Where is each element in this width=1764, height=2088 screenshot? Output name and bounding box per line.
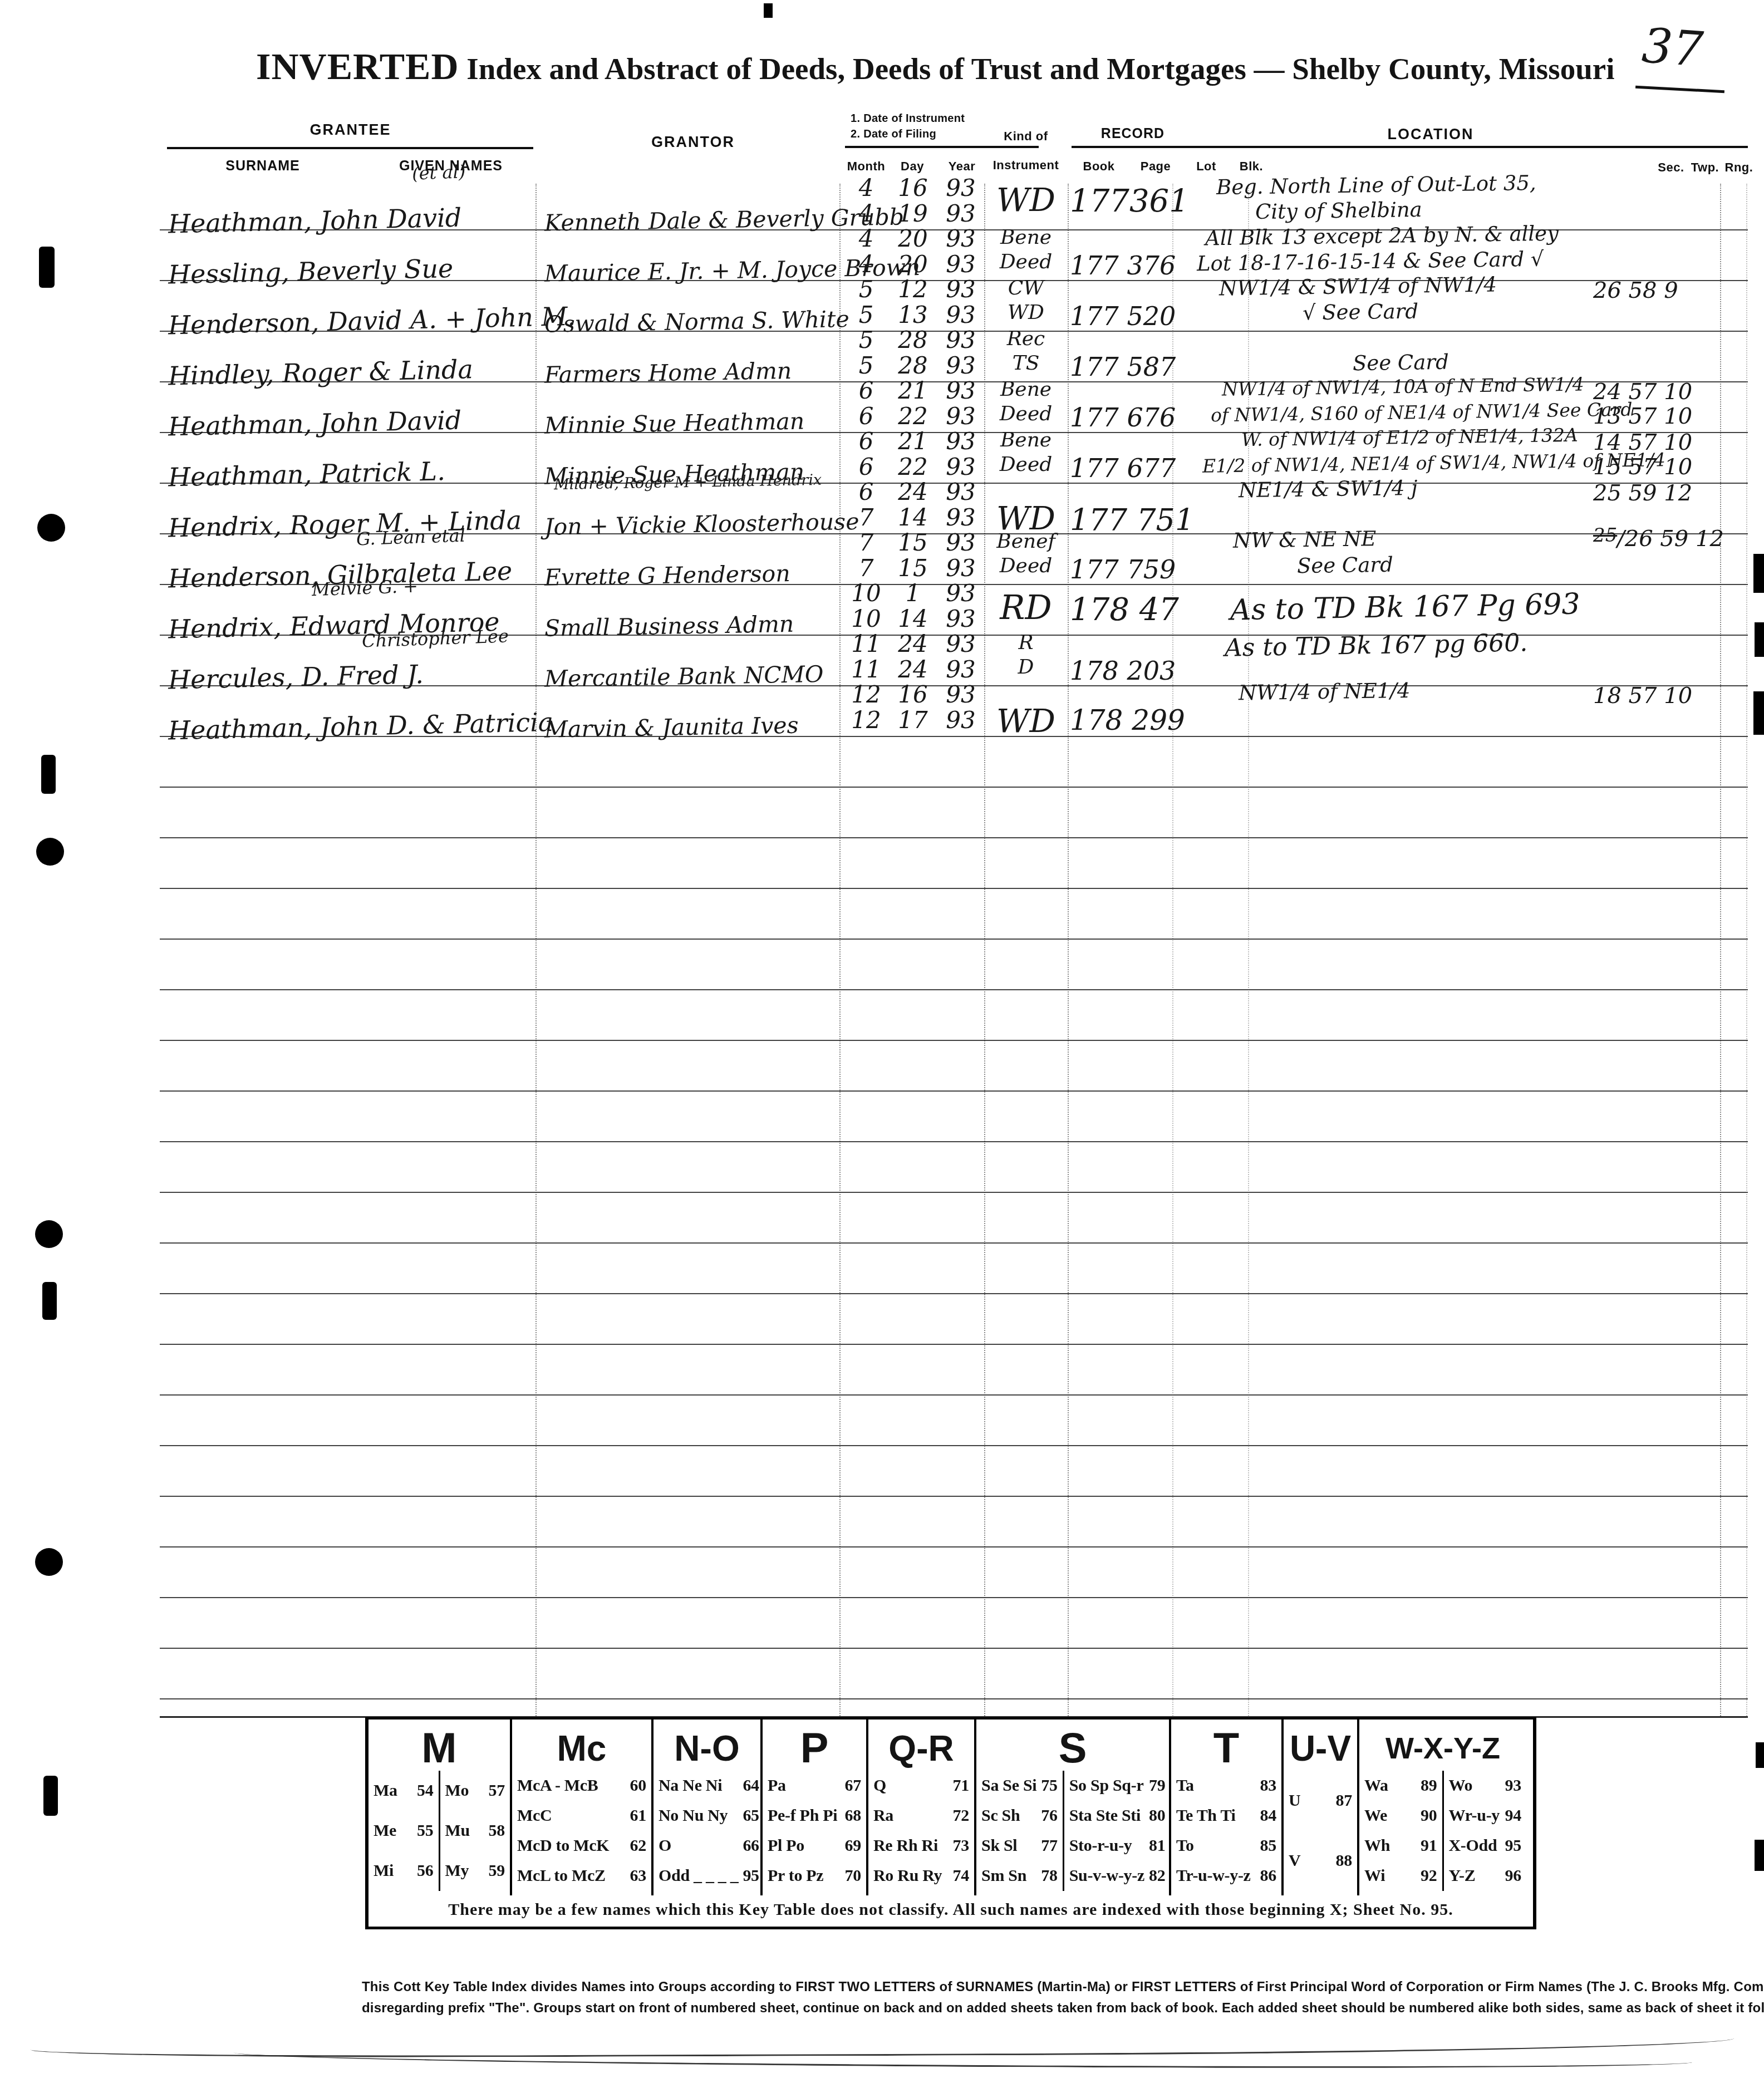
location-line-1: NW1/4 of NW1/4, 10A of N End SW1/4 xyxy=(1222,373,1584,400)
key-item: We90 xyxy=(1364,1806,1437,1825)
key-item: Sto-r-u-y81 xyxy=(1069,1836,1166,1855)
title-rest: Index and Abstract of Deeds, Deeds of Tr… xyxy=(459,52,1615,86)
sec-twp-rng-1: 14 57 10 xyxy=(1593,430,1724,455)
key-item: Na Ne Ni64 xyxy=(659,1776,759,1795)
key-item-label: My xyxy=(445,1861,469,1880)
punch-hole-rect xyxy=(42,1282,57,1320)
header-blk: Blk. xyxy=(1229,159,1274,174)
header-day: Day xyxy=(894,159,931,174)
rule-line xyxy=(160,1546,1748,1547)
key-item-sheet-number: 89 xyxy=(1421,1776,1437,1795)
filing-date-month: 5 xyxy=(845,301,887,328)
kind-of-instrument: WD xyxy=(986,181,1065,219)
filing-date-year: 93 xyxy=(938,605,983,632)
key-column: Q71Ra72Re Rh Ri73Ro Ru Ry74 xyxy=(868,1771,974,1891)
key-item: Su-v-w-y-z82 xyxy=(1069,1866,1166,1885)
sec-twp-rng-2: 13 57 10 xyxy=(1593,404,1724,429)
key-item: Me55 xyxy=(374,1821,434,1840)
key-item-sheet-number: 55 xyxy=(417,1821,433,1840)
grantee-note: G. Lean etal xyxy=(356,525,465,550)
key-item: Pa67 xyxy=(768,1776,861,1795)
filing-date-day: 19 xyxy=(890,200,936,227)
key-item-label: Wr-u-y xyxy=(1449,1806,1500,1825)
key-item: Pr to Pz70 xyxy=(768,1866,861,1885)
key-item: Ra72 xyxy=(873,1806,969,1825)
kind-of-instrument-2: WD xyxy=(986,301,1065,324)
key-group-title: M xyxy=(368,1719,510,1771)
key-column: Pa67Pe-f Ph Pi68Pl Po69Pr to Pz70 xyxy=(763,1771,866,1891)
grantee-name: Heathman, John D. & Patricia xyxy=(168,708,535,746)
key-item-sheet-number: 61 xyxy=(630,1806,646,1825)
key-item-sheet-number: 72 xyxy=(953,1806,969,1825)
table-row: Henderson, David A. + John M.Oswald & No… xyxy=(0,280,1764,331)
key-item: Q71 xyxy=(873,1776,969,1795)
filing-date-month: 4 xyxy=(845,250,887,278)
key-group-title: T xyxy=(1171,1719,1281,1771)
record-book-page: 177 520 xyxy=(1070,301,1198,331)
key-item-sheet-number: 82 xyxy=(1149,1866,1165,1885)
key-item: To85 xyxy=(1176,1836,1276,1855)
header-rng: Rng. xyxy=(1722,160,1756,175)
key-item-label: Wo xyxy=(1449,1776,1473,1795)
scan-edge-mark xyxy=(1755,1840,1764,1871)
instrument-date-day: 15 xyxy=(890,529,936,556)
instrument-date-month: 11 xyxy=(845,630,887,657)
instrument-date-month: 10 xyxy=(845,579,887,607)
key-item-label: Q xyxy=(873,1776,886,1795)
key-item: Y-Z96 xyxy=(1449,1866,1522,1885)
location-line-1: NW1/4 of NE1/4 xyxy=(1239,679,1411,705)
key-item: Te Th Ti84 xyxy=(1176,1806,1276,1825)
header-kind-1: Kind of xyxy=(984,129,1068,144)
key-group-title: Mc xyxy=(512,1719,651,1771)
kind-of-instrument-1: Benef xyxy=(986,530,1065,553)
kind-of-instrument-1: Bene xyxy=(986,226,1065,249)
instrument-date-day: 16 xyxy=(890,681,936,708)
record-book-page: 177 376 xyxy=(1070,250,1198,281)
header-date-note-2: 2. Date of Filing xyxy=(851,128,936,141)
rule-line xyxy=(160,1597,1748,1598)
filing-date-month: 7 xyxy=(845,554,887,582)
instrument-date-day: 21 xyxy=(890,377,936,404)
filing-date-month: 4 xyxy=(845,200,887,227)
key-group-t: TTa83Te Th Ti84To85Tr-u-w-y-z86 xyxy=(1169,1719,1281,1895)
key-item-label: Mu xyxy=(445,1821,470,1840)
key-item-label: O xyxy=(659,1836,671,1855)
scan-edge-mark xyxy=(1756,1742,1764,1768)
sheet-number: 37 xyxy=(1640,18,1705,77)
filing-date-day: 13 xyxy=(890,301,936,328)
header-twp: Twp. xyxy=(1688,160,1722,175)
instrument-date-month: 7 xyxy=(845,529,887,556)
location-line-2: √ See Card xyxy=(1303,299,1419,325)
kind-of-instrument-2: Deed xyxy=(986,453,1065,476)
key-group-columns: Wa89We90Wh91Wi92Wo93Wr-u-y94X-Odd95Y-Z96 xyxy=(1359,1771,1526,1895)
filing-date-year: 93 xyxy=(938,554,983,582)
key-item: U87 xyxy=(1289,1791,1352,1810)
rule-line xyxy=(160,1648,1748,1649)
sec-twp-rng-1: 26 58 9 xyxy=(1593,278,1724,303)
instrument-date-month: 6 xyxy=(845,428,887,455)
instrument-date-year: 93 xyxy=(938,428,983,455)
key-item-sheet-number: 76 xyxy=(1041,1806,1057,1825)
filing-date-year: 93 xyxy=(938,706,983,734)
key-item-sheet-number: 85 xyxy=(1260,1836,1276,1855)
record-book-page: 177 587 xyxy=(1070,352,1198,382)
sec-twp-rng-1: 18 57 10 xyxy=(1593,683,1724,709)
filing-date-day: 22 xyxy=(890,453,936,480)
key-item-label: Sta Ste Sti xyxy=(1069,1806,1141,1825)
footer-line-2: disregarding prefix "The". Groups start … xyxy=(362,2001,1753,2016)
rule-line xyxy=(160,1445,1748,1446)
key-item-label: Sto-r-u-y xyxy=(1069,1836,1132,1855)
location-line-1: Beg. North Line of Out-Lot 35, xyxy=(1216,171,1536,199)
key-item: So Sp Sq-r79 xyxy=(1069,1776,1166,1795)
scan-squiggle-2 xyxy=(234,2051,1692,2070)
instrument-date-day: 12 xyxy=(890,276,936,303)
record-book-page: 177 676 xyxy=(1070,402,1198,433)
key-item-label: We xyxy=(1364,1806,1387,1825)
instrument-date-month: 6 xyxy=(845,478,887,505)
instrument-date-day: 16 xyxy=(890,174,936,202)
key-group-title: W-X-Y-Z xyxy=(1359,1719,1526,1771)
key-item: X-Odd95 xyxy=(1449,1836,1522,1855)
filing-date-day: 24 xyxy=(890,656,936,683)
key-item: Ma54 xyxy=(374,1781,434,1800)
key-item: Sta Ste Sti80 xyxy=(1069,1806,1166,1825)
key-item-label: Sc Sh xyxy=(981,1806,1020,1825)
location-note: As to TD Bk 167 Pg 693 xyxy=(1230,588,1580,627)
key-item-sheet-number: 84 xyxy=(1260,1806,1276,1825)
kind-of-instrument: WD xyxy=(986,702,1065,740)
filing-date-month: 10 xyxy=(845,605,887,632)
key-group-title: P xyxy=(763,1719,866,1771)
key-item-sheet-number: 77 xyxy=(1041,1836,1057,1855)
key-item-sheet-number: 96 xyxy=(1505,1866,1521,1885)
key-item-label: Ta xyxy=(1176,1776,1194,1795)
header-record: RECORD xyxy=(1083,126,1183,142)
key-item-sheet-number: 63 xyxy=(630,1866,646,1885)
key-column: So Sp Sq-r79Sta Ste Sti80Sto-r-u-y81Su-v… xyxy=(1063,1771,1171,1891)
key-item: Sa Se Si75 xyxy=(981,1776,1058,1795)
filing-date-month: 12 xyxy=(845,706,887,734)
key-item-sheet-number: 56 xyxy=(417,1861,433,1880)
key-group-columns: Na Ne Ni64No Nu Ny65O66Odd _ _ _ _95 xyxy=(653,1771,760,1895)
sec-twp-rng-2: 15 57 10 xyxy=(1593,454,1724,480)
key-item-sheet-number: 79 xyxy=(1149,1776,1165,1795)
filing-date-month: 5 xyxy=(845,352,887,379)
key-item-sheet-number: 66 xyxy=(743,1836,759,1855)
key-item: No Nu Ny65 xyxy=(659,1806,759,1825)
key-item-label: Me xyxy=(374,1821,396,1840)
key-group-no: N-ONa Ne Ni64No Nu Ny65O66Odd _ _ _ _95 xyxy=(651,1719,760,1895)
key-item-label: Wi xyxy=(1364,1866,1385,1885)
key-item-sheet-number: 87 xyxy=(1336,1791,1352,1810)
key-item-label: So Sp Sq-r xyxy=(1069,1776,1144,1795)
key-item: Ta83 xyxy=(1176,1776,1276,1795)
instrument-date-year: 93 xyxy=(938,276,983,303)
key-item: Tr-u-w-y-z86 xyxy=(1176,1866,1276,1885)
filing-date-month: 6 xyxy=(845,453,887,480)
key-item: Mi56 xyxy=(374,1861,434,1880)
location-line-1: All Blk 13 except 2A by N. & alley xyxy=(1205,222,1559,250)
key-group-qr: Q-RQ71Ra72Re Rh Ri73Ro Ru Ry74 xyxy=(866,1719,974,1895)
key-item-label: Wh xyxy=(1364,1836,1390,1855)
sheet-number-underline xyxy=(1635,86,1724,93)
key-item-sheet-number: 71 xyxy=(953,1776,969,1795)
key-item-label: McC xyxy=(517,1806,552,1825)
header-surname: SURNAME xyxy=(196,158,330,174)
filing-date-year: 93 xyxy=(938,352,983,379)
key-group-s: SSa Se Si75Sc Sh76Sk Sl77Sm Sn78So Sp Sq… xyxy=(974,1719,1169,1895)
key-item-label: Ra xyxy=(873,1806,893,1825)
record-book-page: 177 751 xyxy=(1070,503,1198,538)
date-underline xyxy=(845,146,1039,148)
key-group-p: PPa67Pe-f Ph Pi68Pl Po69Pr to Pz70 xyxy=(760,1719,866,1895)
key-item-sheet-number: 69 xyxy=(845,1836,861,1855)
key-item-label: No Nu Ny xyxy=(659,1806,728,1825)
key-item: McL to McZ63 xyxy=(517,1866,646,1885)
filing-date-year: 93 xyxy=(938,200,983,227)
record-book-page: 178 47 xyxy=(1070,592,1198,628)
key-item-sheet-number: 75 xyxy=(1041,1776,1057,1795)
kind-of-instrument-2: Deed xyxy=(986,250,1065,273)
key-item-label: U xyxy=(1289,1791,1300,1810)
filing-date-year: 93 xyxy=(938,250,983,278)
key-item-label: McD to McK xyxy=(517,1836,609,1855)
filing-date-year: 93 xyxy=(938,402,983,430)
header-book: Book xyxy=(1073,159,1124,174)
instrument-date-month: 12 xyxy=(845,681,887,708)
key-item-label: Mi xyxy=(374,1861,394,1880)
key-item-sheet-number: 70 xyxy=(845,1866,861,1885)
key-item-label: Ro Ru Ry xyxy=(873,1866,942,1885)
key-item-sheet-number: 86 xyxy=(1260,1866,1276,1885)
filing-date-day: 28 xyxy=(890,352,936,379)
filing-date-year: 93 xyxy=(938,504,983,531)
filing-date-month: 6 xyxy=(845,402,887,430)
location-line-2: See Card xyxy=(1353,350,1449,375)
grantee-note: Christopher Lee xyxy=(361,625,509,651)
key-item-label: Pl Po xyxy=(768,1836,804,1855)
key-item-label: Y-Z xyxy=(1449,1866,1476,1885)
header-grantee: GRANTEE xyxy=(168,121,533,139)
rule-line xyxy=(160,837,1748,838)
key-item-label: Mo xyxy=(445,1781,469,1800)
footer-line-1: This Cott Key Table Index divides Names … xyxy=(362,1979,1753,1995)
key-group-wxyz: W-X-Y-ZWa89We90Wh91Wi92Wo93Wr-u-y94X-Odd… xyxy=(1357,1719,1526,1895)
ledger-page: INVERTED Index and Abstract of Deeds, De… xyxy=(0,0,1764,2088)
key-item: McD to McK62 xyxy=(517,1836,646,1855)
key-item-sheet-number: 60 xyxy=(630,1776,646,1795)
key-group-m: MMa54Me55Mi56Mo57Mu58My59 xyxy=(368,1719,510,1895)
kind-of-instrument-1: Bene xyxy=(986,378,1065,401)
table-row: Heathman, John DavidMinnie Sue Heathman6… xyxy=(0,381,1764,432)
table-row: Hendrix, Roger M. + LindaMildred, Roger … xyxy=(0,483,1764,533)
filing-date-year: 93 xyxy=(938,656,983,683)
key-group-columns: Q71Ra72Re Rh Ri73Ro Ru Ry74 xyxy=(868,1771,974,1895)
kind-of-instrument-2: Deed xyxy=(986,402,1065,425)
key-item-sheet-number: 95 xyxy=(743,1866,759,1885)
instrument-date-year: 93 xyxy=(938,174,983,202)
kind-of-instrument-2: Deed xyxy=(986,554,1065,577)
record-location-underline xyxy=(1072,146,1748,148)
table-row: Heathman, John D. & PatriciaMarvin & Jau… xyxy=(0,685,1764,736)
punch-hole-rect xyxy=(41,755,56,794)
key-item-sheet-number: 57 xyxy=(489,1781,505,1800)
grantee-note: Melvie G. + xyxy=(311,576,418,601)
header-kind-2: Instrument xyxy=(984,158,1068,173)
key-item: Re Rh Ri73 xyxy=(873,1836,969,1855)
scan-edge-mark xyxy=(1753,691,1764,735)
sec-struck-value: 25 xyxy=(1593,524,1617,547)
key-item-sheet-number: 65 xyxy=(743,1806,759,1825)
key-item: Mu58 xyxy=(445,1821,505,1840)
table-row: Melvie G. +Hendrix, Edward MonroeSmall B… xyxy=(0,584,1764,635)
key-item: V88 xyxy=(1289,1851,1352,1870)
key-item: Ro Ru Ry74 xyxy=(873,1866,969,1885)
rule-line xyxy=(160,888,1748,889)
rule-line xyxy=(160,1293,1748,1294)
instrument-date-year: 93 xyxy=(938,225,983,252)
kind-of-instrument-1: Rec xyxy=(986,327,1065,350)
table-row: Christopher LeeHercules, D. Fred J.Merca… xyxy=(0,635,1764,685)
key-group-title: Q-R xyxy=(868,1719,974,1771)
instrument-date-year: 93 xyxy=(938,579,983,607)
key-item-label: Pa xyxy=(768,1776,786,1795)
key-item-label: Sm Sn xyxy=(981,1866,1026,1885)
instrument-date-month: 4 xyxy=(845,225,887,252)
key-item-label: Tr-u-w-y-z xyxy=(1176,1866,1251,1885)
punch-hole-rect xyxy=(43,1776,58,1816)
rule-line xyxy=(160,1141,1748,1142)
filing-date-month: 7 xyxy=(845,504,887,531)
key-item: My59 xyxy=(445,1861,505,1880)
rule-line xyxy=(160,1394,1748,1396)
key-group-columns: Ta83Te Th Ti84To85Tr-u-w-y-z86 xyxy=(1171,1771,1281,1895)
kind-of-instrument-1: CW xyxy=(986,277,1065,299)
key-item-label: Odd _ _ _ _ xyxy=(659,1866,738,1885)
key-item-sheet-number: 58 xyxy=(489,1821,505,1840)
title-inverted: INVERTED xyxy=(256,45,459,87)
key-column: Ta83Te Th Ti84To85Tr-u-w-y-z86 xyxy=(1171,1771,1281,1891)
grantee-underline xyxy=(167,147,533,149)
punch-hole-circle xyxy=(36,838,64,866)
key-item: McA - McB60 xyxy=(517,1776,646,1795)
key-group-columns: Sa Se Si75Sc Sh76Sk Sl77Sm Sn78So Sp Sq-… xyxy=(976,1771,1169,1895)
instrument-date-month: 4 xyxy=(845,174,887,202)
location-line-1: W. of NW1/4 of E1/2 of NE1/4, 132A xyxy=(1241,424,1578,450)
table-row: Heathman, Patrick L.Minnie Sue Heathman6… xyxy=(0,432,1764,483)
instrument-date-year: 93 xyxy=(938,377,983,404)
rule-line xyxy=(160,1242,1748,1244)
filing-date-day: 14 xyxy=(890,605,936,632)
instrument-date-day: 24 xyxy=(890,630,936,657)
instrument-date-month: 6 xyxy=(845,377,887,404)
key-item: Wa89 xyxy=(1364,1776,1437,1795)
filing-date-day: 14 xyxy=(890,504,936,531)
instrument-date-year: 93 xyxy=(938,681,983,708)
kind-of-instrument-2: D xyxy=(986,656,1065,679)
rule-line xyxy=(160,939,1748,940)
key-item-sheet-number: 54 xyxy=(417,1781,433,1800)
instrument-date-year: 93 xyxy=(938,630,983,657)
key-group-mc: McMcA - McB60McC61McD to McK62McL to McZ… xyxy=(510,1719,651,1895)
header-grantor: GRANTOR xyxy=(598,134,788,151)
key-item-sheet-number: 59 xyxy=(489,1861,505,1880)
header-lot: Lot xyxy=(1187,159,1226,174)
key-item-sheet-number: 90 xyxy=(1421,1806,1437,1825)
instrument-date-year: 93 xyxy=(938,478,983,505)
header-year: Year xyxy=(941,159,983,174)
key-item-sheet-number: 91 xyxy=(1421,1836,1437,1855)
key-item-sheet-number: 73 xyxy=(953,1836,969,1855)
scan-edge-mark xyxy=(764,3,773,18)
location-line-2: Lot 18-17-16-15-14 & See Card √ xyxy=(1197,247,1544,276)
key-item-sheet-number: 62 xyxy=(630,1836,646,1855)
instrument-date-day: 21 xyxy=(890,428,936,455)
filing-date-year: 93 xyxy=(938,453,983,480)
key-item-sheet-number: 78 xyxy=(1041,1866,1057,1885)
sec-twp-rng-1: 24 57 10 xyxy=(1593,379,1724,405)
key-item-sheet-number: 74 xyxy=(953,1866,969,1885)
key-table-note: There may be a few names which this Key … xyxy=(368,1895,1533,1927)
key-item: Mo57 xyxy=(445,1781,505,1800)
location-line-2: See Card xyxy=(1297,553,1393,578)
key-group-columns: Ma54Me55Mi56Mo57Mu58My59 xyxy=(368,1771,510,1895)
key-item: Pl Po69 xyxy=(768,1836,861,1855)
filing-date-month: 11 xyxy=(845,656,887,683)
rule-line xyxy=(160,1192,1748,1193)
location-line-1: NW & NE NE xyxy=(1233,527,1377,553)
header-page: Page xyxy=(1130,159,1181,174)
kind-of-instrument-1: Bene xyxy=(986,429,1065,451)
key-column: McA - McB60McC61McD to McK62McL to McZ63 xyxy=(512,1771,651,1891)
rule-line xyxy=(160,787,1748,788)
key-group-columns: Pa67Pe-f Ph Pi68Pl Po69Pr to Pz70 xyxy=(763,1771,866,1895)
key-item: Sm Sn78 xyxy=(981,1866,1058,1885)
key-item: Wr-u-y94 xyxy=(1449,1806,1522,1825)
instrument-date-day: 20 xyxy=(890,225,936,252)
key-table-groups: MMa54Me55Mi56Mo57Mu58My59McMcA - McB60Mc… xyxy=(368,1719,1533,1895)
header-location: LOCATION xyxy=(1347,126,1514,143)
key-group-title: S xyxy=(976,1719,1169,1771)
rule-line xyxy=(160,1040,1748,1041)
key-item-sheet-number: 95 xyxy=(1505,1836,1521,1855)
filing-date-year: 93 xyxy=(938,301,983,328)
filing-date-day: 17 xyxy=(890,706,936,734)
record-book-page: 178 203 xyxy=(1070,656,1198,686)
location-line-1: NE1/4 & SW1/4 j xyxy=(1239,476,1418,502)
key-item: Sk Sl77 xyxy=(981,1836,1058,1855)
instrument-date-day: 24 xyxy=(890,478,936,505)
key-item-label: Re Rh Ri xyxy=(873,1836,938,1855)
key-item-sheet-number: 80 xyxy=(1149,1806,1165,1825)
table-row: Hindley, Roger & LindaFarmers Home Admn5… xyxy=(0,331,1764,381)
key-item-label: To xyxy=(1176,1836,1194,1855)
header-month: Month xyxy=(845,159,887,174)
key-item: Sc Sh76 xyxy=(981,1806,1058,1825)
grantee-note: (et al) xyxy=(411,161,466,184)
key-item: Wi92 xyxy=(1364,1866,1437,1885)
instrument-date-year: 93 xyxy=(938,529,983,556)
table-row: Hessling, Beverly SueMaurice E. Jr. + M.… xyxy=(0,229,1764,280)
punch-hole-rect xyxy=(39,247,55,288)
key-item-label: Na Ne Ni xyxy=(659,1776,722,1795)
key-item-label: McA - McB xyxy=(517,1776,598,1795)
key-column: Mo57Mu58My59 xyxy=(439,1771,510,1891)
key-item-label: Pr to Pz xyxy=(768,1866,823,1885)
